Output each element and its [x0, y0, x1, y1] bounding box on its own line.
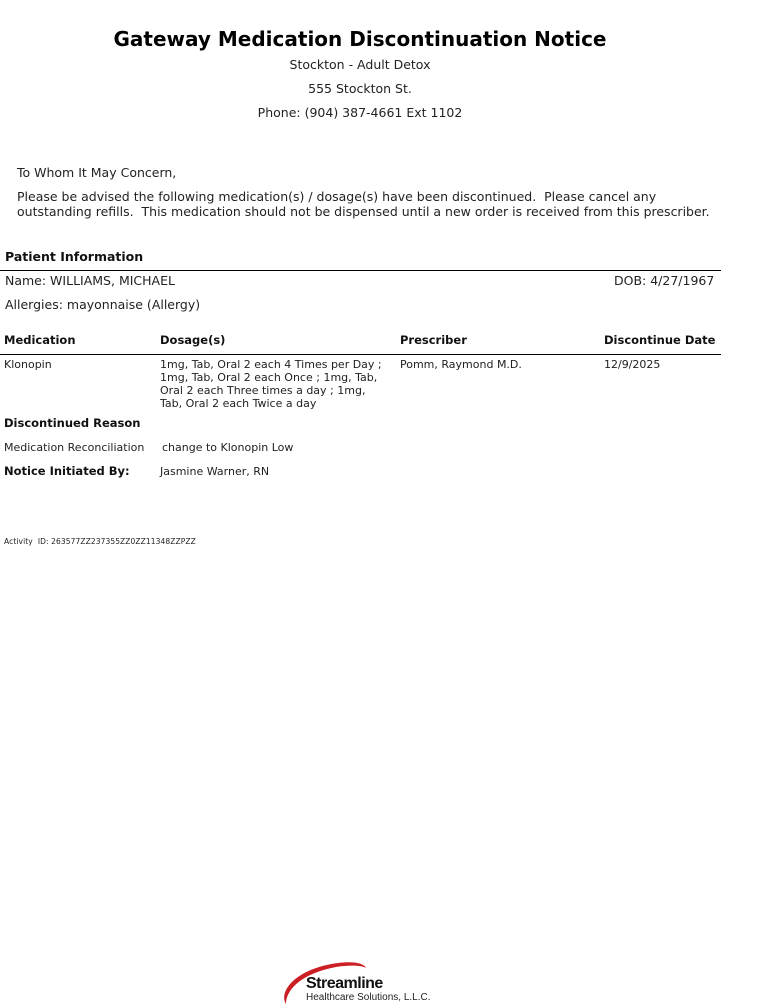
logo-subtitle: Healthcare Solutions, L.L.C.	[306, 992, 431, 1003]
medications-header-divider	[0, 354, 721, 355]
streamline-logo: Streamline Healthcare Solutions, L.L.C.	[278, 960, 458, 1006]
medication-name: Klonopin	[4, 358, 52, 371]
activity-id-label: Activity ID:	[4, 537, 49, 546]
col-header-discontinue-date: Discontinue Date	[604, 333, 715, 347]
discontinued-reason: Medication Reconciliation	[4, 441, 144, 454]
dosage-line: Tab, Oral 2 each Twice a day	[160, 397, 395, 410]
col-header-prescriber: Prescriber	[400, 333, 467, 347]
initiated-by-value: Jasmine Warner, RN	[160, 465, 269, 478]
discontinued-comment: change to Klonopin Low	[162, 441, 293, 454]
col-header-dosage: Dosage(s)	[160, 333, 225, 347]
activity-id-value: 263577ZZ237355ZZ0ZZ11348ZZPZZ	[51, 537, 196, 546]
notice-line-2: outstanding refills. This medication sho…	[17, 204, 737, 219]
dosage-line: 1mg, Tab, Oral 2 each 4 Times per Day ;	[160, 358, 395, 371]
facility-name: Stockton - Adult Detox	[0, 57, 720, 72]
patient-info-heading: Patient Information	[5, 249, 143, 264]
notice-paragraph: Please be advised the following medicati…	[17, 189, 737, 219]
document-title: Gateway Medication Discontinuation Notic…	[0, 27, 720, 51]
patient-name: Name: WILLIAMS, MICHAEL	[5, 273, 175, 288]
discontinued-reason-heading: Discontinued Reason	[4, 416, 140, 430]
medication-prescriber: Pomm, Raymond M.D.	[400, 358, 522, 371]
dosage-line: Oral 2 each Three times a day ; 1mg,	[160, 384, 395, 397]
patient-dob: DOB: 4/27/1967	[614, 273, 714, 288]
medication-dosage: 1mg, Tab, Oral 2 each 4 Times per Day ; …	[160, 358, 395, 410]
logo-name: Streamline	[306, 975, 383, 993]
facility-phone: Phone: (904) 387-4661 Ext 1102	[0, 105, 720, 120]
notice-line-1: Please be advised the following medicati…	[17, 189, 737, 204]
initiated-by-label: Notice Initiated By:	[4, 464, 130, 478]
patient-allergies: Allergies: mayonnaise (Allergy)	[5, 297, 200, 312]
salutation: To Whom It May Concern,	[17, 165, 176, 180]
medication-discontinue-date: 12/9/2025	[604, 358, 660, 371]
patient-info-divider	[0, 270, 721, 271]
col-header-medication: Medication	[4, 333, 76, 347]
dosage-line: 1mg, Tab, Oral 2 each Once ; 1mg, Tab,	[160, 371, 395, 384]
activity-id: Activity ID: 263577ZZ237355ZZ0ZZ11348ZZP…	[4, 537, 196, 546]
facility-address: 555 Stockton St.	[0, 81, 720, 96]
